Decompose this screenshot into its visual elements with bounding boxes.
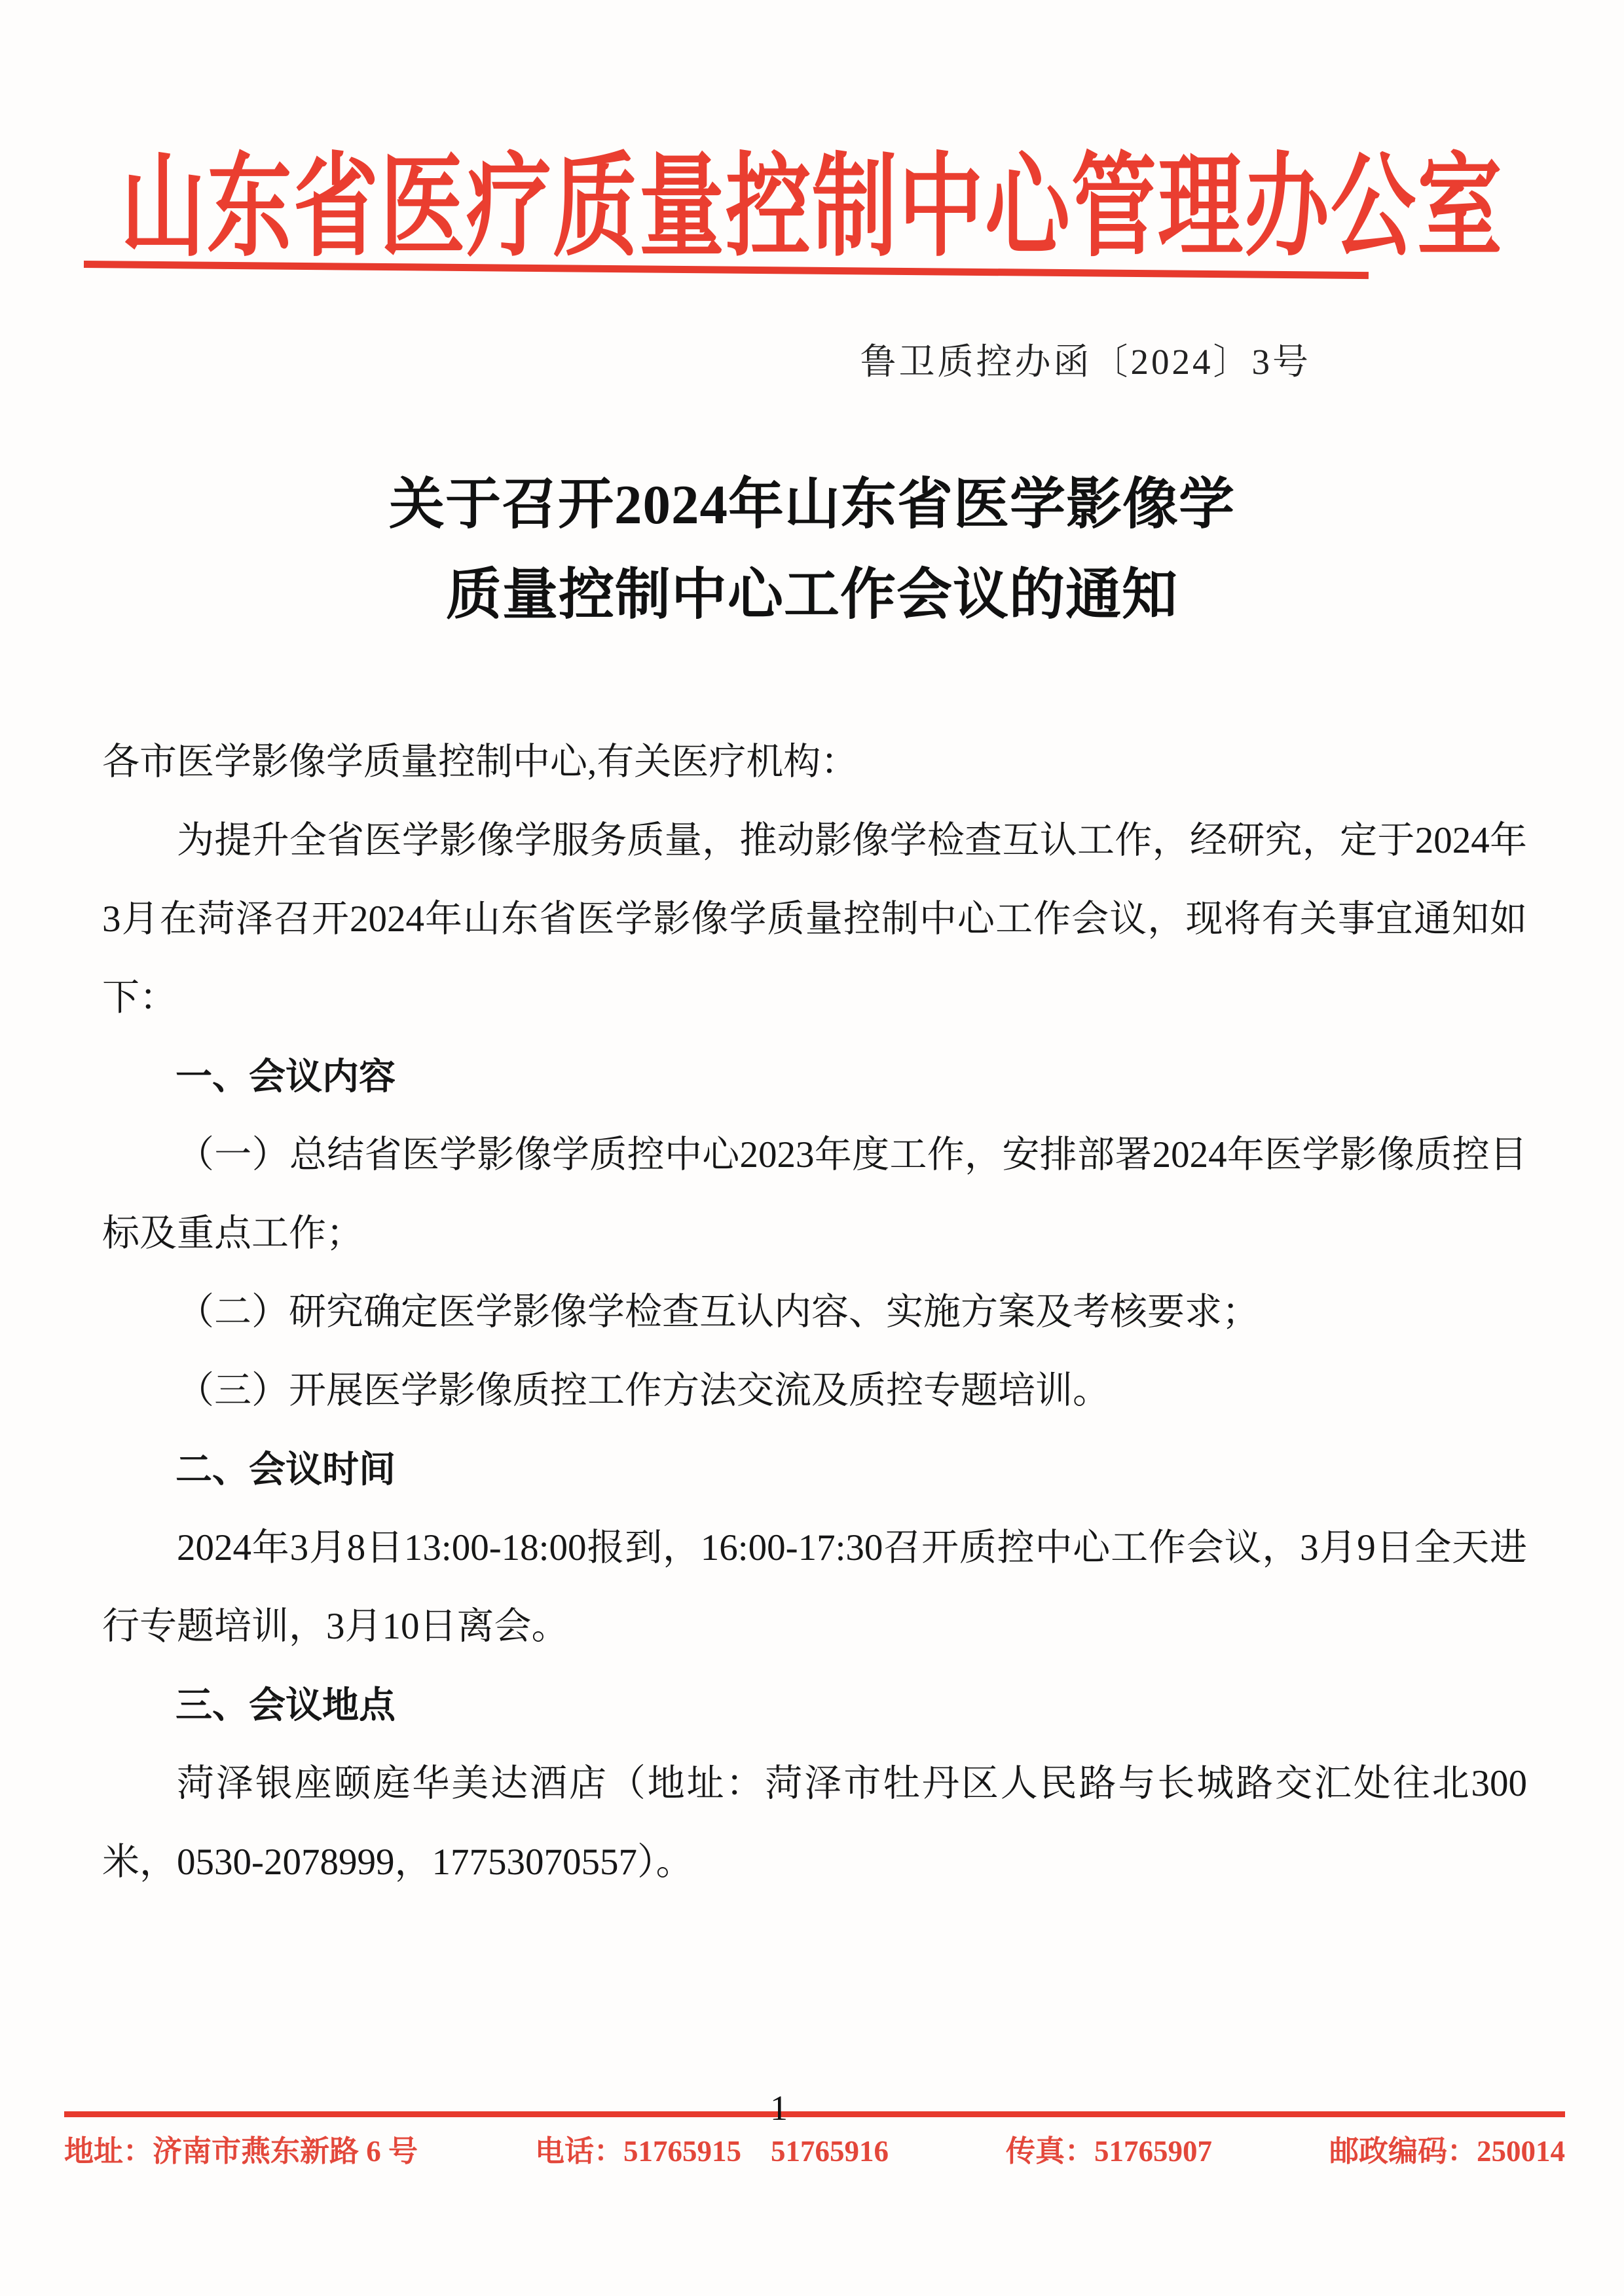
footer-item-label: 邮政编码：	[1329, 2135, 1477, 2168]
body-paragraph: 为提升全省医学影像学服务质量，推动影像学检查互认工作，经研究，定于2024年3月…	[102, 802, 1527, 1037]
document-page: 山东省医疗质量控制中心管理办公室 鲁卫质控办函〔2024〕3号 关于召开2024…	[0, 0, 1624, 2296]
footer-item-label: 传真：	[1006, 2135, 1094, 2168]
footer-item-label: 地址：	[64, 2135, 153, 2168]
footer-item-label: 电话：	[535, 2135, 623, 2168]
body-paragraph: 菏泽银座颐庭华美达酒店（地址：菏泽市牡丹区人民路与长城路交汇处往北300米，05…	[102, 1745, 1527, 1902]
masthead-title: 山东省医疗质量控制中心管理办公室	[0, 117, 1624, 278]
footer-item-value: 济南市燕东新路 6 号	[153, 2135, 418, 2168]
salutation: 各市医学影像学质量控制中心,有关医疗机构：	[102, 723, 1527, 802]
footer-item-value: 250014	[1477, 2135, 1565, 2168]
document-title-line1: 关于召开2024年山东省医学影像学	[0, 460, 1624, 550]
section-heading: 一、会议内容	[102, 1037, 1527, 1116]
body-text: 各市医学影像学质量控制中心,有关医疗机构： 为提升全省医学影像学服务质量，推动影…	[102, 723, 1527, 1902]
document-number: 鲁卫质控办函〔2024〕3号	[860, 333, 1311, 384]
document-title-line2: 质量控制中心工作会议的通知	[0, 550, 1624, 640]
body-paragraph: （一）总结省医学影像学质控中心2023年度工作，安排部署2024年医学影像质控目…	[102, 1116, 1527, 1273]
footer-item: 邮政编码：250014	[1329, 2127, 1565, 2170]
footer-item-value: 51765915 51765916	[623, 2135, 889, 2168]
footer-item-value: 51765907	[1094, 2135, 1212, 2168]
footer-item: 电话：51765915 51765916	[535, 2127, 889, 2170]
footer-item: 地址：济南市燕东新路 6 号	[64, 2127, 418, 2170]
body-paragraphs: 为提升全省医学影像学服务质量，推动影像学检查互认工作，经研究，定于2024年3月…	[102, 802, 1527, 1902]
footer-item: 传真：51765907	[1006, 2127, 1212, 2170]
footer: 地址：济南市燕东新路 6 号电话：51765915 51765916传真：517…	[64, 2127, 1565, 2170]
page-number: 1	[770, 2088, 788, 2128]
section-heading: 三、会议地点	[102, 1666, 1527, 1745]
section-heading: 二、会议时间	[102, 1430, 1527, 1509]
body-paragraph: 2024年3月8日13:00-18:00报到，16:00-17:30召开质控中心…	[102, 1509, 1527, 1666]
body-paragraph: （二）研究确定医学影像学检查互认内容、实施方案及考核要求；	[102, 1273, 1527, 1352]
document-title: 关于召开2024年山东省医学影像学 质量控制中心工作会议的通知	[0, 460, 1624, 640]
body-paragraph: （三）开展医学影像质控工作方法交流及质控专题培训。	[102, 1352, 1527, 1430]
footer-divider-line	[64, 2111, 1565, 2117]
